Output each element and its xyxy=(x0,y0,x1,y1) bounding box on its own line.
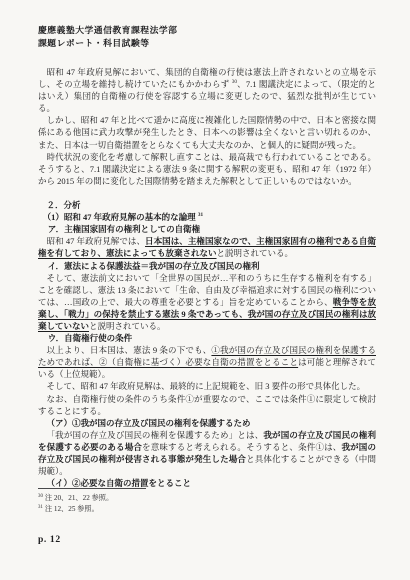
text-run: と説明されている。 xyxy=(217,248,294,258)
section-heading: （1）昭和 47 年政府見解の基本的な論理 31 xyxy=(38,211,376,223)
text-run: なお、自衛権行使の条件のうち条件①が重要なので、ここでは条件①に限定して検討する… xyxy=(38,394,376,416)
footnote-marker: 31 xyxy=(38,505,43,510)
footnotes: 30注 20、21、22 参照。 31注 12、25 参照。 xyxy=(38,488,338,515)
paragraph: そして、昭和 47 年政府見解は、最終的に上記規範を、旧 3 要件の形で具体化し… xyxy=(38,380,376,392)
footnote: 30注 20、21、22 参照。 xyxy=(38,493,338,504)
section-heading: イ．憲法による保護法益＝我が国の存立及び国民の権利 xyxy=(38,260,376,272)
paragraph: 昭和 47 年政府見解では、日本国は、主権国家なので、主権国家固有の権利である自… xyxy=(38,235,376,259)
paragraph: しかし、昭和 47 年と比べて遥かに高度に複雑化した国際情勢の中で、日本と密接な… xyxy=(38,114,376,150)
document-header: 慶應義塾大学通信教育課程法学部 課題レポート・科目試験等 xyxy=(38,24,376,50)
document-body: 昭和 47 年政府見解において、集団的自衛権の行使は憲法上許されないとの立場を示… xyxy=(38,66,376,489)
text-run: ウ．自衛権行使の条件 xyxy=(48,333,132,343)
paragraph: なお、自衛権行使の条件のうち条件①が重要なので、ここでは条件①に限定して検討する… xyxy=(38,393,376,417)
page-number: p. 12 xyxy=(38,534,61,545)
section-heading: （ア）①我が国の存立及び国民の権利を保護するため xyxy=(38,417,376,429)
footnote-reference: 31 xyxy=(198,212,203,218)
text-run: （イ）②必要な自衛の措置をとること xyxy=(47,478,192,488)
text-run: と説明されている。 xyxy=(89,321,166,331)
text-run: ２．分析 xyxy=(47,200,81,210)
section-heading: ア．主権国家固有の権利としての自衛権 xyxy=(38,223,376,235)
footnote-text: 注 20、21、22 参照。 xyxy=(45,494,113,502)
text-run: 以上より、日本国は、憲法 9 条の下でも、 xyxy=(47,345,212,355)
paragraph: 「我が国の存立及び国民の権利を保護するため」とは、我が国の存立及び国民の権利を保… xyxy=(38,429,376,477)
paragraph: 昭和 47 年政府見解において、集団的自衛権の行使は憲法上許されないとの立場を示… xyxy=(38,66,376,114)
institution-name: 慶應義塾大学通信教育課程法学部 xyxy=(38,24,376,37)
footnote: 31注 12、25 参照。 xyxy=(38,504,338,515)
footnote-text: 注 12、25 参照。 xyxy=(45,505,99,513)
paragraph: 以上より、日本国は、憲法 9 条の下でも、①我が国の存立及び国民の権利を保護する… xyxy=(38,344,376,380)
text-run: （ア）①我が国の存立及び国民の権利を保護するため xyxy=(47,418,251,428)
text-run: 時代状況の変化を考慮して解釈し直すことは、最高裁でも行われていることである。そう… xyxy=(38,152,376,186)
text-run: イ．憲法による保護法益＝我が国の存立及び国民の権利 xyxy=(48,261,260,271)
text-run: 「我が国の存立及び国民の権利を保護するため」とは、 xyxy=(47,430,264,440)
text-run: しかし、昭和 47 年と比べて遥かに高度に複雑化した国際情勢の中で、日本と密接な… xyxy=(38,115,376,149)
footnote-marker: 30 xyxy=(38,494,43,499)
document-type: 課題レポート・科目試験等 xyxy=(38,37,376,50)
document-page: 慶應義塾大学通信教育課程法学部 課題レポート・科目試験等 昭和 47 年政府見解… xyxy=(0,0,410,580)
text-run: ア．主権国家固有の権利としての自衛権 xyxy=(48,224,200,234)
text-run: を意味すると考えられる。そうすると、条件①は、 xyxy=(142,442,341,452)
page-content: 慶應義塾大学通信教育課程法学部 課題レポート・科目試験等 昭和 47 年政府見解… xyxy=(38,24,376,489)
section-heading: ２．分析 xyxy=(38,199,376,211)
text-run: そして、昭和 47 年政府見解は、最終的に上記規範を、旧 3 要件の形で具体化し… xyxy=(47,381,366,391)
text-run: そして、憲法前文において「全世界の国民が…平和のうちに生存する権利を有する」こと… xyxy=(38,273,376,307)
section-heading: ウ．自衛権行使の条件 xyxy=(38,332,376,344)
footnote-separator xyxy=(38,488,146,489)
text-run: 昭和 47 年政府見解では、 xyxy=(47,236,146,246)
text-run: （1）昭和 47 年政府見解の基本的な論理 xyxy=(43,212,198,222)
paragraph: 時代状況の変化を考慮して解釈し直すことは、最高裁でも行われていることである。そう… xyxy=(38,151,376,187)
paragraph: そして、憲法前文において「全世界の国民が…平和のうちに生存する権利を有する」こと… xyxy=(38,272,376,332)
